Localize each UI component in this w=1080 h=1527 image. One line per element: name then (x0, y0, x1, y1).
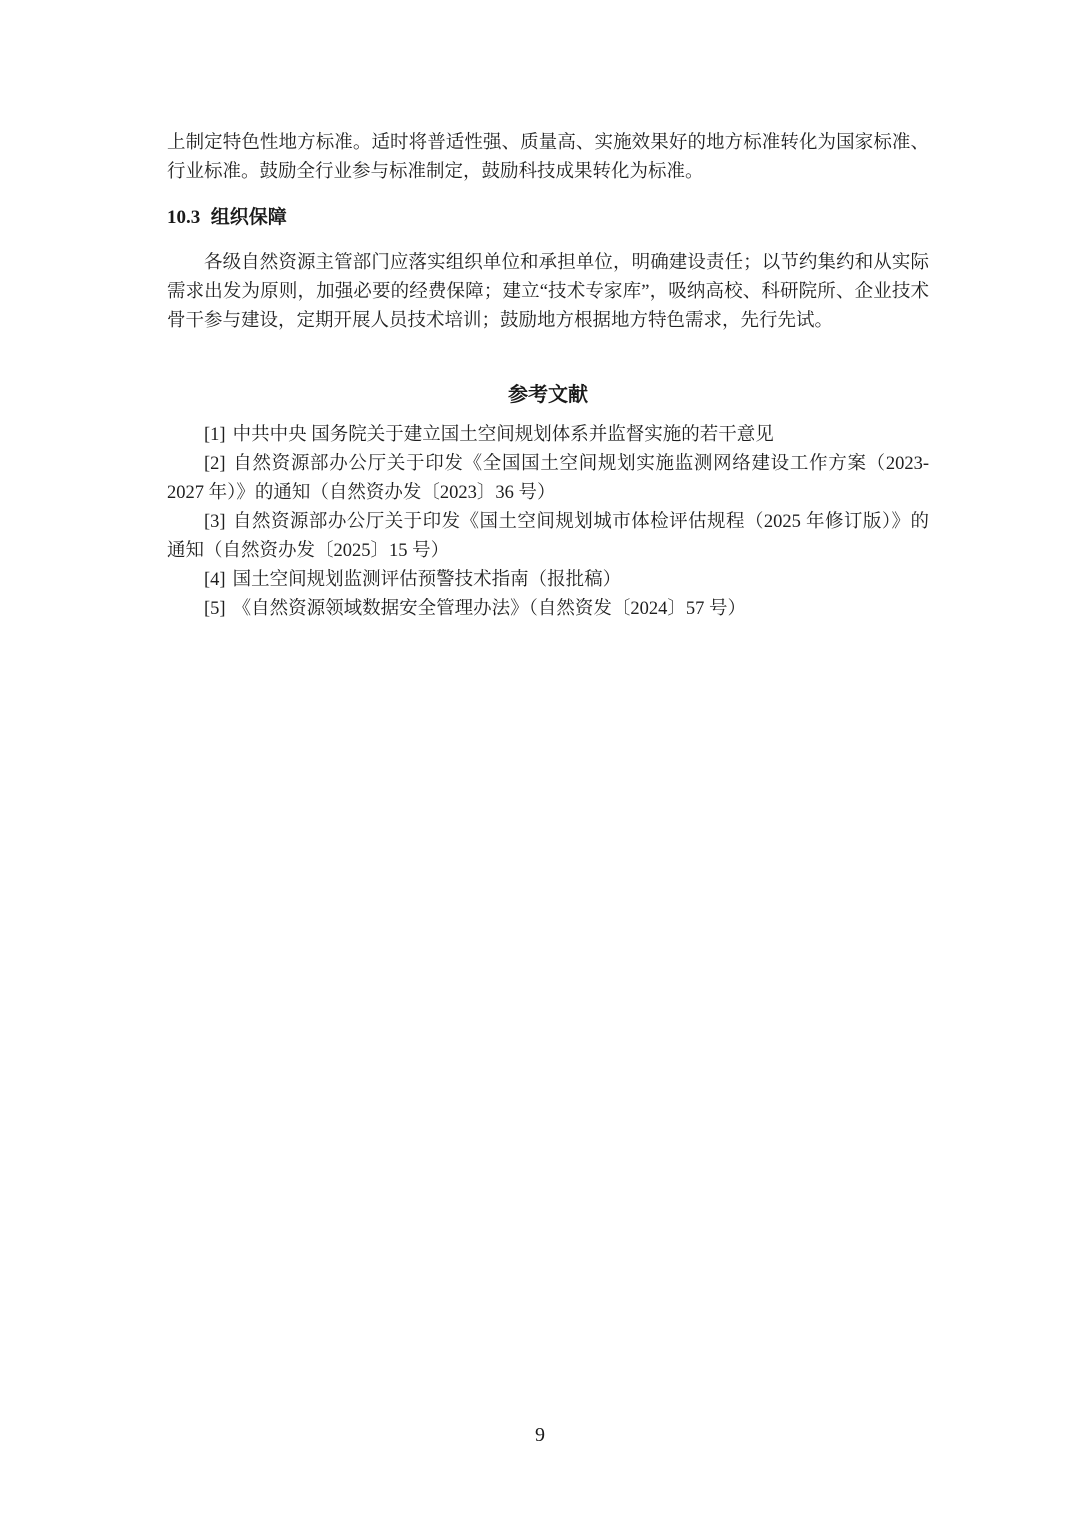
reference-label: [2] (204, 454, 226, 474)
reference-item: [1]中共中央 国务院关于建立国土空间规划体系并监督实施的若干意见 (167, 421, 929, 450)
reference-label: [5] (204, 599, 226, 619)
reference-label: [1] (204, 425, 226, 445)
reference-text: 自然资源部办公厅关于印发《全国国土空间规划实施监测网络建设工作方案（2023-2… (167, 454, 929, 503)
page-content: 上制定特色性地方标准。适时将普适性强、质量高、实施效果好的地方标准转化为国家标准… (167, 129, 929, 624)
reference-item: [3]自然资源部办公厅关于印发《国土空间规划城市体检评估规程（2025 年修订版… (167, 508, 929, 566)
reference-item: [5]《自然资源领域数据安全管理办法》（自然资发〔2024〕57 号） (167, 595, 929, 624)
reference-item: [4]国土空间规划监测评估预警技术指南（报批稿） (167, 566, 929, 595)
reference-label: [4] (204, 570, 226, 590)
page-number: 9 (0, 1421, 1080, 1450)
section-body-paragraph: 各级自然资源主管部门应落实组织单位和承担单位，明确建设责任；以节约集约和从实际需… (167, 249, 929, 336)
document-page: 上制定特色性地方标准。适时将普适性强、质量高、实施效果好的地方标准转化为国家标准… (0, 0, 1080, 1527)
reference-label: [3] (204, 512, 226, 532)
reference-text: 国土空间规划监测评估预警技术指南（报批稿） (233, 570, 622, 590)
references-list: [1]中共中央 国务院关于建立国土空间规划体系并监督实施的若干意见 [2]自然资… (167, 421, 929, 624)
references-heading: 参考文献 (167, 381, 929, 410)
section-heading-10-3: 10.3组织保障 (167, 203, 929, 232)
reference-item: [2]自然资源部办公厅关于印发《全国国土空间规划实施监测网络建设工作方案（202… (167, 450, 929, 508)
reference-text: 中共中央 国务院关于建立国土空间规划体系并监督实施的若干意见 (233, 425, 774, 445)
continuation-paragraph: 上制定特色性地方标准。适时将普适性强、质量高、实施效果好的地方标准转化为国家标准… (167, 129, 929, 187)
reference-text: 《自然资源领域数据安全管理办法》（自然资发〔2024〕57 号） (233, 599, 746, 619)
section-title: 组织保障 (211, 207, 287, 228)
reference-text: 自然资源部办公厅关于印发《国土空间规划城市体检评估规程（2025 年修订版）》的… (167, 512, 929, 561)
section-number: 10.3 (167, 207, 200, 228)
